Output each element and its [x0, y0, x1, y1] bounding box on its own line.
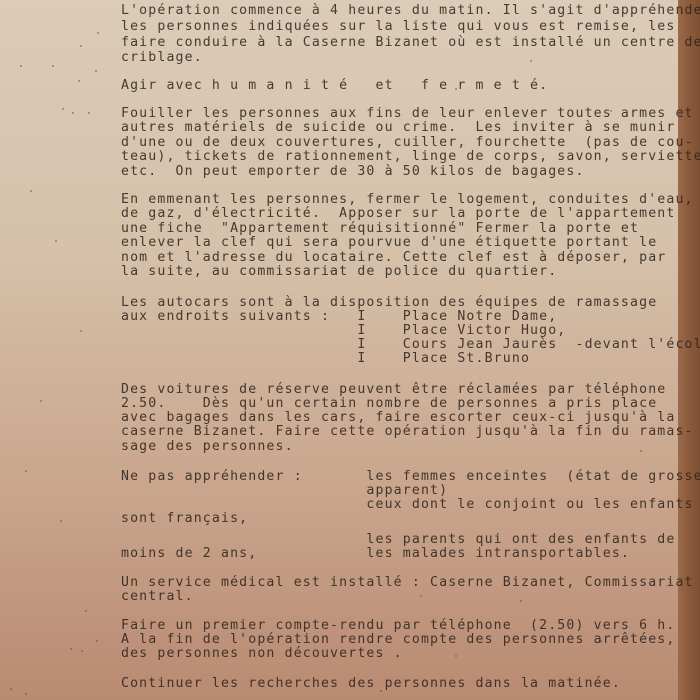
paper-speck: [25, 470, 27, 472]
paper-speck: [20, 65, 22, 67]
paper-speck: [88, 112, 90, 114]
paper-speck: [530, 60, 532, 62]
text-line: Des voitures de réserve peuvent être réc…: [121, 383, 666, 397]
text-line: Agir avec h u m a n i t é et f e r m e t…: [121, 79, 548, 93]
text-line: autres matériels de suicide ou crime. Le…: [121, 121, 675, 135]
paper-speck: [455, 655, 457, 657]
text-line: I Place Victor Hugo,: [121, 324, 566, 338]
paper-speck: [96, 640, 98, 642]
paper-speck: [620, 390, 622, 392]
text-line: sont français,: [121, 512, 248, 526]
paper-speck: [81, 650, 83, 652]
text-line: moins de 2 ans, les malades intransporta…: [121, 547, 630, 561]
paper-speck: [52, 65, 54, 67]
text-line: A la fin de l'opération rendre compte de…: [121, 633, 675, 647]
paper-speck: [60, 520, 62, 522]
text-line: Un service médical est installé : Casern…: [121, 576, 694, 590]
text-line: Faire un premier compte-rendu par téléph…: [121, 619, 675, 633]
paper-speck: [380, 690, 382, 692]
text-line: apparent): [121, 484, 448, 498]
text-line: faire conduire à la Caserne Bizanet où e…: [121, 36, 700, 50]
text-line: ceux dont le conjoint ou les enfants: [121, 498, 694, 512]
paper-speck: [520, 600, 522, 602]
paper-speck: [80, 45, 82, 47]
text-line: d'une ou de deux couvertures, cuiller, f…: [121, 136, 694, 150]
text-line: les personnes indiquées sur la liste qui…: [121, 20, 675, 34]
paper-speck: [420, 595, 422, 597]
paper-speck: [40, 400, 42, 402]
text-line: une fiche "Appartement réquisitionné" Fe…: [121, 222, 639, 236]
text-line: Les autocars sont à la disposition des é…: [121, 296, 657, 310]
text-line: criblage.: [121, 51, 203, 65]
paper-speck: [380, 40, 382, 42]
text-line: de gaz, d'électricité. Apposer sur la po…: [121, 207, 675, 221]
text-line: I Cours Jean Jaurès -devant l'écol: [121, 338, 700, 352]
text-line: enlever la clef qui sera pourvue d'une é…: [121, 236, 657, 250]
paper-speck: [330, 270, 332, 272]
text-line: des personnes non découvertes .: [121, 647, 403, 661]
paper-speck: [62, 108, 64, 110]
paper-speck: [25, 693, 27, 695]
text-line: avec bagages dans les cars, faire escort…: [121, 411, 675, 425]
text-line: I Place St.Bruno: [121, 352, 530, 366]
text-line: etc. On peut emporter de 30 à 50 kilos d…: [121, 165, 585, 179]
text-line: aux endroits suivants : I Place Notre Da…: [121, 310, 557, 324]
paper-speck: [78, 80, 80, 82]
paper-speck: [97, 32, 99, 34]
text-line: teau), tickets de rationnement, linge de…: [121, 150, 700, 164]
paper-speck: [600, 640, 602, 642]
text-line: Fouiller les personnes aux fins de leur …: [121, 107, 694, 121]
text-line: caserne Bizanet. Faire cette opération j…: [121, 425, 694, 439]
text-line: central.: [121, 590, 194, 604]
text-line: En emmenant les personnes, fermer le log…: [121, 193, 694, 207]
paper-speck: [10, 688, 12, 690]
text-line: Ne pas appréhender : les femmes enceinte…: [121, 470, 700, 484]
paper-speck: [95, 70, 97, 72]
text-line: les parents qui ont des enfants de: [121, 533, 675, 547]
paper-speck: [55, 240, 57, 242]
paper-speck: [640, 450, 642, 452]
text-line: nom et l'adresse du locataire. Cette cle…: [121, 251, 666, 265]
paper-speck: [85, 610, 87, 612]
paper-speck: [70, 648, 72, 650]
paper-speck: [80, 330, 82, 332]
paper-speck: [30, 190, 32, 192]
text-line: 2.50. Dès qu'un certain nombre de person…: [121, 397, 657, 411]
paper-speck: [455, 88, 457, 90]
paper-speck: [72, 112, 74, 114]
text-line: sage des personnes.: [121, 440, 294, 454]
text-line: Continuer les recherches des personnes d…: [121, 677, 621, 691]
text-line: L'opération commence à 4 heures du matin…: [121, 4, 700, 18]
text-line: la suite, au commissariat de police du q…: [121, 265, 557, 279]
paper-speck: [610, 110, 612, 112]
